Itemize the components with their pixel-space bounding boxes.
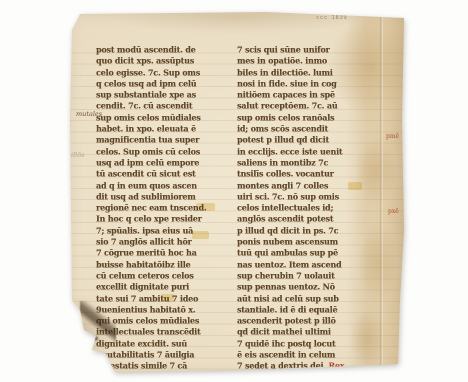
manuscript-text-line: biles in dilectiōe. lumi [237, 67, 367, 79]
leaf-shadow-wrapper: ccc 1839 mutales illōs pmē pxē post modū… [0, 0, 468, 382]
manuscript-text-line: in ecclijs. ecce iste uenit [237, 146, 367, 158]
manuscript-text-line: buisse habitatōibz ille [96, 259, 228, 271]
margin-note: illōs [71, 151, 85, 159]
manuscript-text-line: humano sicū. Illud cū [96, 372, 228, 382]
manuscript-text-line: sup pennas uentoz. Nō [237, 281, 367, 293]
manuscript-text-line: 7 cōgrue meritū hoc ha [96, 247, 228, 259]
manuscript-text-line: post modū ascendit. de [96, 44, 228, 56]
manuscript-photo: ccc 1839 mutales illōs pmē pxē post modū… [0, 0, 468, 382]
manuscript-text-line: tuū qui ambulas sup pē [237, 247, 367, 259]
manuscript-text-line: usq ad ipm celū empore [96, 157, 228, 169]
manuscript-text-line: stantiale. id ē di equalē [237, 304, 367, 316]
manuscript-text-line: cū celum ceteros celos [96, 270, 228, 282]
manuscript-text-line: sup cherubin 7 uolauit [237, 270, 367, 282]
rubric-word: Rex [328, 360, 344, 370]
manuscript-text-line: tnsilīs colles. vocantur [237, 168, 367, 180]
manuscript-text-line: salut receptōem. 7c. aū [237, 100, 367, 112]
manuscript-text-line: 7 sedet a dextris dei. Rex [237, 360, 367, 372]
manuscript-text-line: excellit dignitate puri [96, 281, 228, 293]
manuscript-text-line: aūt nisi ad celū sup sub [237, 293, 367, 305]
manuscript-text-line: sup omis celos ranōals [237, 112, 367, 124]
manuscript-text-line: saliens in montibz 7c [237, 157, 367, 169]
manuscript-text-line: In hoc q celo xpe resider [96, 213, 228, 225]
ink-speck [93, 335, 99, 342]
red-margin-mark: pmē [386, 133, 399, 140]
manuscript-text-line: potest p illud qd dicit [237, 134, 367, 146]
manuscript-text-line: īmutabilitatis 7 āuilgia [96, 349, 228, 361]
red-margin-mark: pxē [388, 208, 399, 215]
manuscript-text-line: 7 quidē ihc postq locut [237, 338, 367, 350]
manuscript-text-line: nas uentoz. Item ascend [237, 259, 367, 271]
manuscript-text-line: sup omis celos mūdiales [96, 112, 228, 124]
manuscript-leaf: ccc 1839 mutales illōs pmē pxē post modū… [66, 11, 408, 377]
manuscript-text-line: cendit. 7c. cū ascendit [96, 100, 228, 112]
manuscript-text-line: uiri sci. 7c. nō sup omis [237, 191, 367, 203]
manuscript-text-line: celos. Sup omis cū celos [96, 146, 228, 158]
manuscript-text-line: q celos usq ad ipm celū [96, 78, 228, 90]
manuscript-text-line: quo dicit xps. assūptus [96, 55, 228, 67]
manuscript-text-line: anglōs ascendit potest [237, 213, 367, 225]
manuscript-text-line: dit usq ad sublimiorem [96, 191, 228, 203]
manuscript-text-line: montes angli 7 colles [237, 180, 367, 192]
manuscript-text-line: qd dicit mathei ultimi [237, 326, 367, 338]
manuscript-text-line: p illud qd dicit in ps. 7c [237, 225, 367, 237]
manuscript-text-line: magnificentia tua super [96, 134, 228, 146]
manuscript-text-line: ad q in eum quos ascen [96, 180, 228, 192]
manuscript-text-line: potestatis simile 7 cā [96, 360, 228, 372]
manuscript-text-line: 7; spūalis. ipsa eius uā [96, 225, 228, 237]
manuscript-text-line: nosi in fide. siue in cog [237, 78, 367, 90]
manuscript-text-line: tū ascendit cū sicut est [96, 168, 228, 180]
text-column-right: 7 scis qui sūne uniformes in opatiōe. in… [237, 44, 367, 382]
manuscript-text-line: mes in opatiōe. inmo [237, 55, 367, 67]
manuscript-text-line: 7 scis qui sūne unifor [237, 44, 367, 56]
crease-line [380, 11, 383, 377]
shelfmark-inscription: ccc 1839 [316, 15, 347, 21]
manuscript-text-line: ē eis ascendit in celum [237, 349, 367, 361]
manuscript-text-line: celo egisse. 7c. Sup oms [96, 67, 228, 79]
manuscript-text-line: psa q dei 7 omlō [237, 372, 367, 382]
